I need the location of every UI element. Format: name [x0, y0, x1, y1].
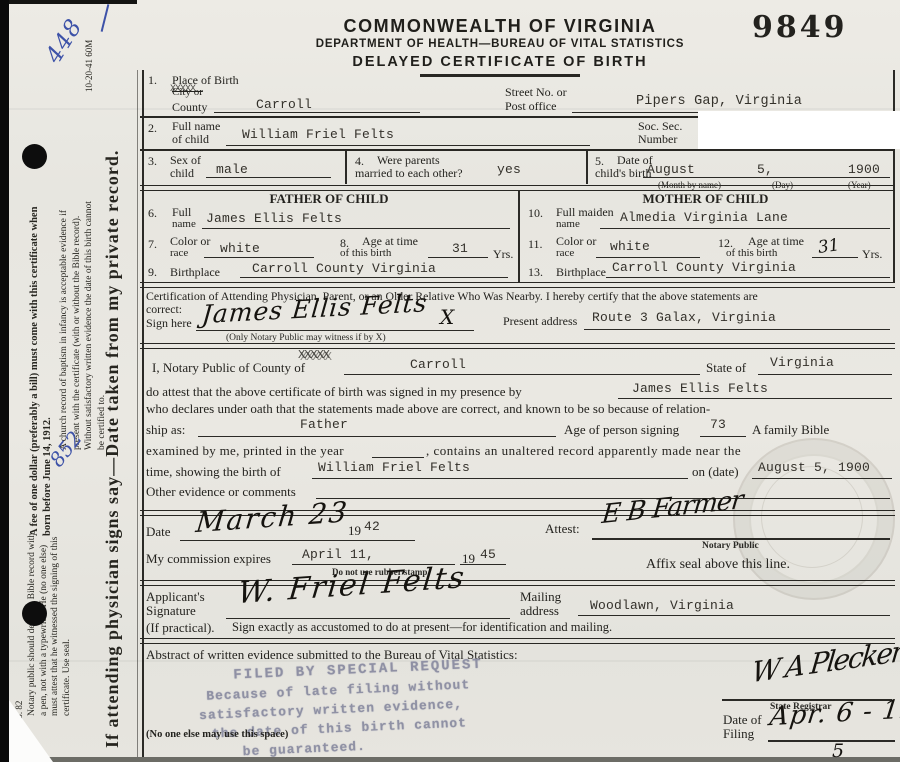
notary-public-caption: Notary Public [702, 541, 759, 551]
filed-by-special-request-stamp: FILED BY SPECIAL REQUEST Because of late… [191, 656, 487, 762]
scanned-birth-certificate: COMMONWEALTH OF VIRGINIA DEPARTMENT OF H… [0, 0, 900, 762]
field11-label2: race [556, 247, 574, 259]
margin-note-fee: A fee of one dollar (preferably a bill) … [28, 200, 54, 536]
form-title: DELAYED CERTIFICATE OF BIRTH [115, 54, 885, 70]
attest-label: Attest: [545, 521, 580, 537]
field7-number: 7. [148, 237, 157, 252]
present-address-line [584, 329, 890, 330]
no-one-else-note: (No one else may use this space) [146, 729, 288, 740]
form-border-left [142, 70, 144, 757]
sign-here-line [196, 330, 474, 331]
age-value: 73 [710, 417, 726, 432]
divider-3-4 [345, 151, 347, 184]
field11-line [596, 257, 700, 258]
year-blank-line [372, 457, 424, 458]
relationship-value: Father [300, 417, 348, 432]
commission-year-typed: 45 [480, 547, 496, 562]
rule-certification-top [140, 282, 895, 288]
birth-name-line [312, 478, 688, 479]
notary-line2-label: do attest that the above certificate of … [146, 384, 522, 400]
date-year-typed: 42 [364, 519, 380, 534]
notary-state-line [758, 374, 892, 375]
applicant-label2: Signature [146, 603, 196, 619]
father-section-header: FATHER OF CHILD [140, 191, 518, 207]
affix-seal-note: Affix seal above this line. [646, 557, 790, 573]
unaltered-record-label: , contains an unaltered record apparentl… [426, 443, 741, 459]
certification-text-line2: correct: [146, 302, 182, 317]
field3-line [206, 177, 331, 178]
title-underline [420, 74, 580, 77]
field12-value-handwritten: 31 [817, 235, 841, 258]
mailing-address-value: Woodlawn, Virginia [590, 598, 734, 613]
certificate-number: 9849 [752, 10, 848, 45]
field9-line [240, 277, 508, 278]
date-of-filing-label2: Filing [723, 726, 754, 742]
relationship-line [198, 436, 556, 437]
applicant-signature-line [226, 618, 510, 619]
field10-label2: name [556, 218, 580, 230]
field12-yrs: Yrs. [862, 247, 882, 262]
other-evidence-label: Other evidence or comments [146, 484, 296, 500]
if-practical-label: (If practical). [146, 620, 215, 636]
state-of-label: State of [706, 360, 746, 376]
x-mark: X [440, 305, 454, 329]
commission-value: April 11, [302, 547, 374, 562]
notary-county-value: Carroll [410, 357, 466, 372]
notary-line2-line [618, 398, 892, 399]
field9-label: Birthplace [170, 265, 220, 280]
commission-label: My commission expires [146, 551, 271, 567]
field12-line [812, 257, 858, 258]
margin-print-code: 10-20-41 60M [84, 12, 94, 92]
field5-day: 5, [757, 162, 773, 177]
on-date-label: on (date) [692, 464, 739, 480]
field1-street-label2: Post office [505, 99, 556, 114]
field10-number: 10. [528, 206, 543, 221]
date-line [180, 540, 415, 541]
present-address-value: Route 3 Galax, Virginia [592, 310, 776, 325]
rule-abstract-top [140, 638, 895, 644]
margin-note-church-record: A church record of baptism in infancy is… [58, 198, 108, 450]
mailing-address-line [578, 615, 890, 616]
birth-date-value: August 5, 1900 [758, 460, 870, 475]
notary-signed-by-value: James Ellis Felts [632, 381, 768, 396]
field13-label: Birthplace [556, 265, 606, 280]
field12-label2: of this birth [726, 247, 777, 259]
age-line [700, 436, 746, 437]
hole-punch [22, 601, 47, 626]
field6-label2: name [172, 218, 196, 230]
mailing-label2: address [520, 603, 559, 619]
scan-edge-bottom [9, 757, 900, 762]
field4-value: yes [497, 162, 521, 177]
field13-value: Carroll County Virginia [612, 260, 796, 275]
field7-value: white [220, 241, 260, 256]
sign-exactly-note: Sign exactly as accustomed to do at pres… [232, 620, 612, 635]
field5-label2: child's birth [595, 166, 652, 181]
field1-county-value: Carroll [256, 97, 312, 112]
examined-label: examined by me, printed in the year [146, 443, 344, 459]
field2-value: William Friel Felts [242, 127, 394, 142]
field7-line [204, 257, 314, 258]
field9-number: 9. [148, 265, 157, 280]
field6-number: 6. [148, 206, 157, 221]
field8-label2: of this birth [340, 247, 391, 259]
field6-line [202, 228, 510, 229]
field2-line [226, 145, 590, 146]
field10-value: Almedia Virginia Lane [620, 210, 788, 225]
field11-value: white [610, 239, 650, 254]
field1-county-line [214, 112, 420, 113]
field1-number: 1. [148, 73, 157, 88]
notary-county-line [344, 374, 700, 375]
scan-edge-top [9, 0, 137, 4]
showing-birth-label: time, showing the birth of [146, 464, 281, 480]
form-border-right [893, 70, 895, 283]
field3-number: 3. [148, 154, 157, 169]
field9-value: Carroll County Virginia [252, 261, 436, 276]
field4-label2: married to each other? [355, 166, 463, 181]
date-year-printed: 19 [348, 523, 361, 539]
field5-year: 1900 [848, 162, 880, 177]
field6-value: James Ellis Felts [206, 211, 342, 226]
form-border-left-outer [137, 70, 138, 757]
field2-label2: of child [172, 132, 209, 147]
field3-label2: child [170, 166, 194, 181]
redaction-box [698, 111, 900, 149]
field5-month: August [647, 162, 695, 177]
witness-note: (Only Notary Public may witness if by X) [226, 333, 386, 343]
field1-street-value: Pipers Gap, Virginia [636, 94, 802, 109]
relationship-label: ship as: [146, 422, 185, 438]
field1-county-label: County [172, 100, 207, 115]
family-bible-label: A family Bible [752, 422, 829, 438]
divider-4-5 [586, 151, 588, 184]
scan-edge-left [0, 0, 9, 762]
sign-here-label: Sign here [146, 316, 192, 331]
field8-line [428, 257, 488, 258]
field11-number: 11. [528, 237, 543, 252]
hole-punch [22, 144, 47, 169]
field1-street-label1: Street No. or [505, 85, 567, 100]
birth-date-line [752, 478, 892, 479]
field8-value: 31 [452, 241, 468, 256]
notary-line3: who declares under oath that the stateme… [146, 401, 710, 417]
field7-label2: race [170, 247, 188, 259]
age-of-person-label: Age of person signing [564, 422, 679, 438]
field10-line [600, 228, 890, 229]
present-address-label: Present address [503, 314, 577, 329]
attest-line [592, 538, 890, 540]
notary-line1-label: I, Notary Public of County of [152, 360, 305, 376]
rule-notary-top [140, 343, 895, 349]
notary-state-value: Virginia [770, 355, 834, 370]
date-label: Date [146, 524, 171, 540]
field13-line [606, 277, 890, 278]
field1-strikeout-x: XXXXX [170, 84, 195, 95]
field2-number: 2. [148, 121, 157, 136]
margin-note-physician: If attending physician signs say—Date ta… [102, 58, 123, 748]
field5-line [643, 177, 890, 178]
field13-number: 13. [528, 265, 543, 280]
field2-ssn-label2: Number [638, 132, 677, 147]
field3-value: male [216, 162, 248, 177]
field8-yrs: Yrs. [493, 247, 513, 262]
rule-row2 [140, 149, 895, 151]
birth-name-value: William Friel Felts [318, 460, 470, 475]
